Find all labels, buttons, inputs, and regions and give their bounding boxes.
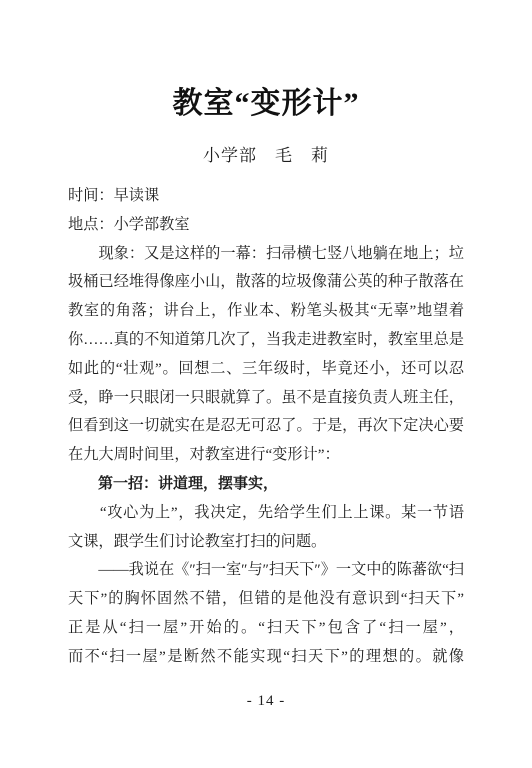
body-line: ——我说在《″扫一室″与″扫天下″》一文中的陈蕃欲“扫 xyxy=(68,556,464,585)
body-line: 如此的“壮观”。回想二、三年级时，毕竟还小，还可以忍 xyxy=(68,355,464,384)
body-line: 正是从“扫一屋”开始的。“扫天下”包含了“扫一屋”， xyxy=(68,614,464,643)
body-line: 你……真的不知道第几次了，当我走进教室时，教室里总是 xyxy=(68,326,464,355)
body-line: 圾桶已经堆得像座小山，散落的垃圾像蒲公英的种子散落在 xyxy=(68,268,464,297)
body-line: 第一招：讲道理，摆事实， xyxy=(68,470,464,499)
body-line: 文课，跟学生们讨论教室打扫的问题。 xyxy=(68,528,464,557)
document-body: 时间：早读课地点：小学部教室 现象：又是这样的一幕：扫帚横七竖八地躺在地上；垃圾… xyxy=(68,182,464,672)
body-line: 在九大周时间里，对教室进行“变形计”： xyxy=(68,441,464,470)
body-line: 而不“扫一屋”是断然不能实现“扫天下”的理想的。就像 xyxy=(68,643,464,672)
body-line: 受，睁一只眼闭一只眼就算了。虽不是直接负责人班主任， xyxy=(68,384,464,413)
body-line: 时间：早读课 xyxy=(68,182,464,211)
body-line: 但看到这一切就实在是忍无可忍了。于是，再次下定决心要 xyxy=(68,412,464,441)
body-line: “攻心为上”，我决定，先给学生们上上课。某一节语 xyxy=(68,499,464,528)
body-line: 现象：又是这样的一幕：扫帚横七竖八地躺在地上；垃 xyxy=(68,240,464,269)
body-line: 教室的角落；讲台上，作业本、粉笔头极其“无辜”地望着 xyxy=(68,297,464,326)
document-page: 教室“变形计” 小学部 毛 莉 时间：早读课地点：小学部教室 现象：又是这样的一… xyxy=(0,0,532,768)
byline: 小学部 毛 莉 xyxy=(68,146,464,166)
body-line: 地点：小学部教室 xyxy=(68,211,464,240)
body-line: 天下”的胸怀固然不错，但错的是他没有意识到“扫天下” xyxy=(68,585,464,614)
page-number: - 14 - xyxy=(0,692,532,710)
document-title: 教室“变形计” xyxy=(68,86,464,122)
